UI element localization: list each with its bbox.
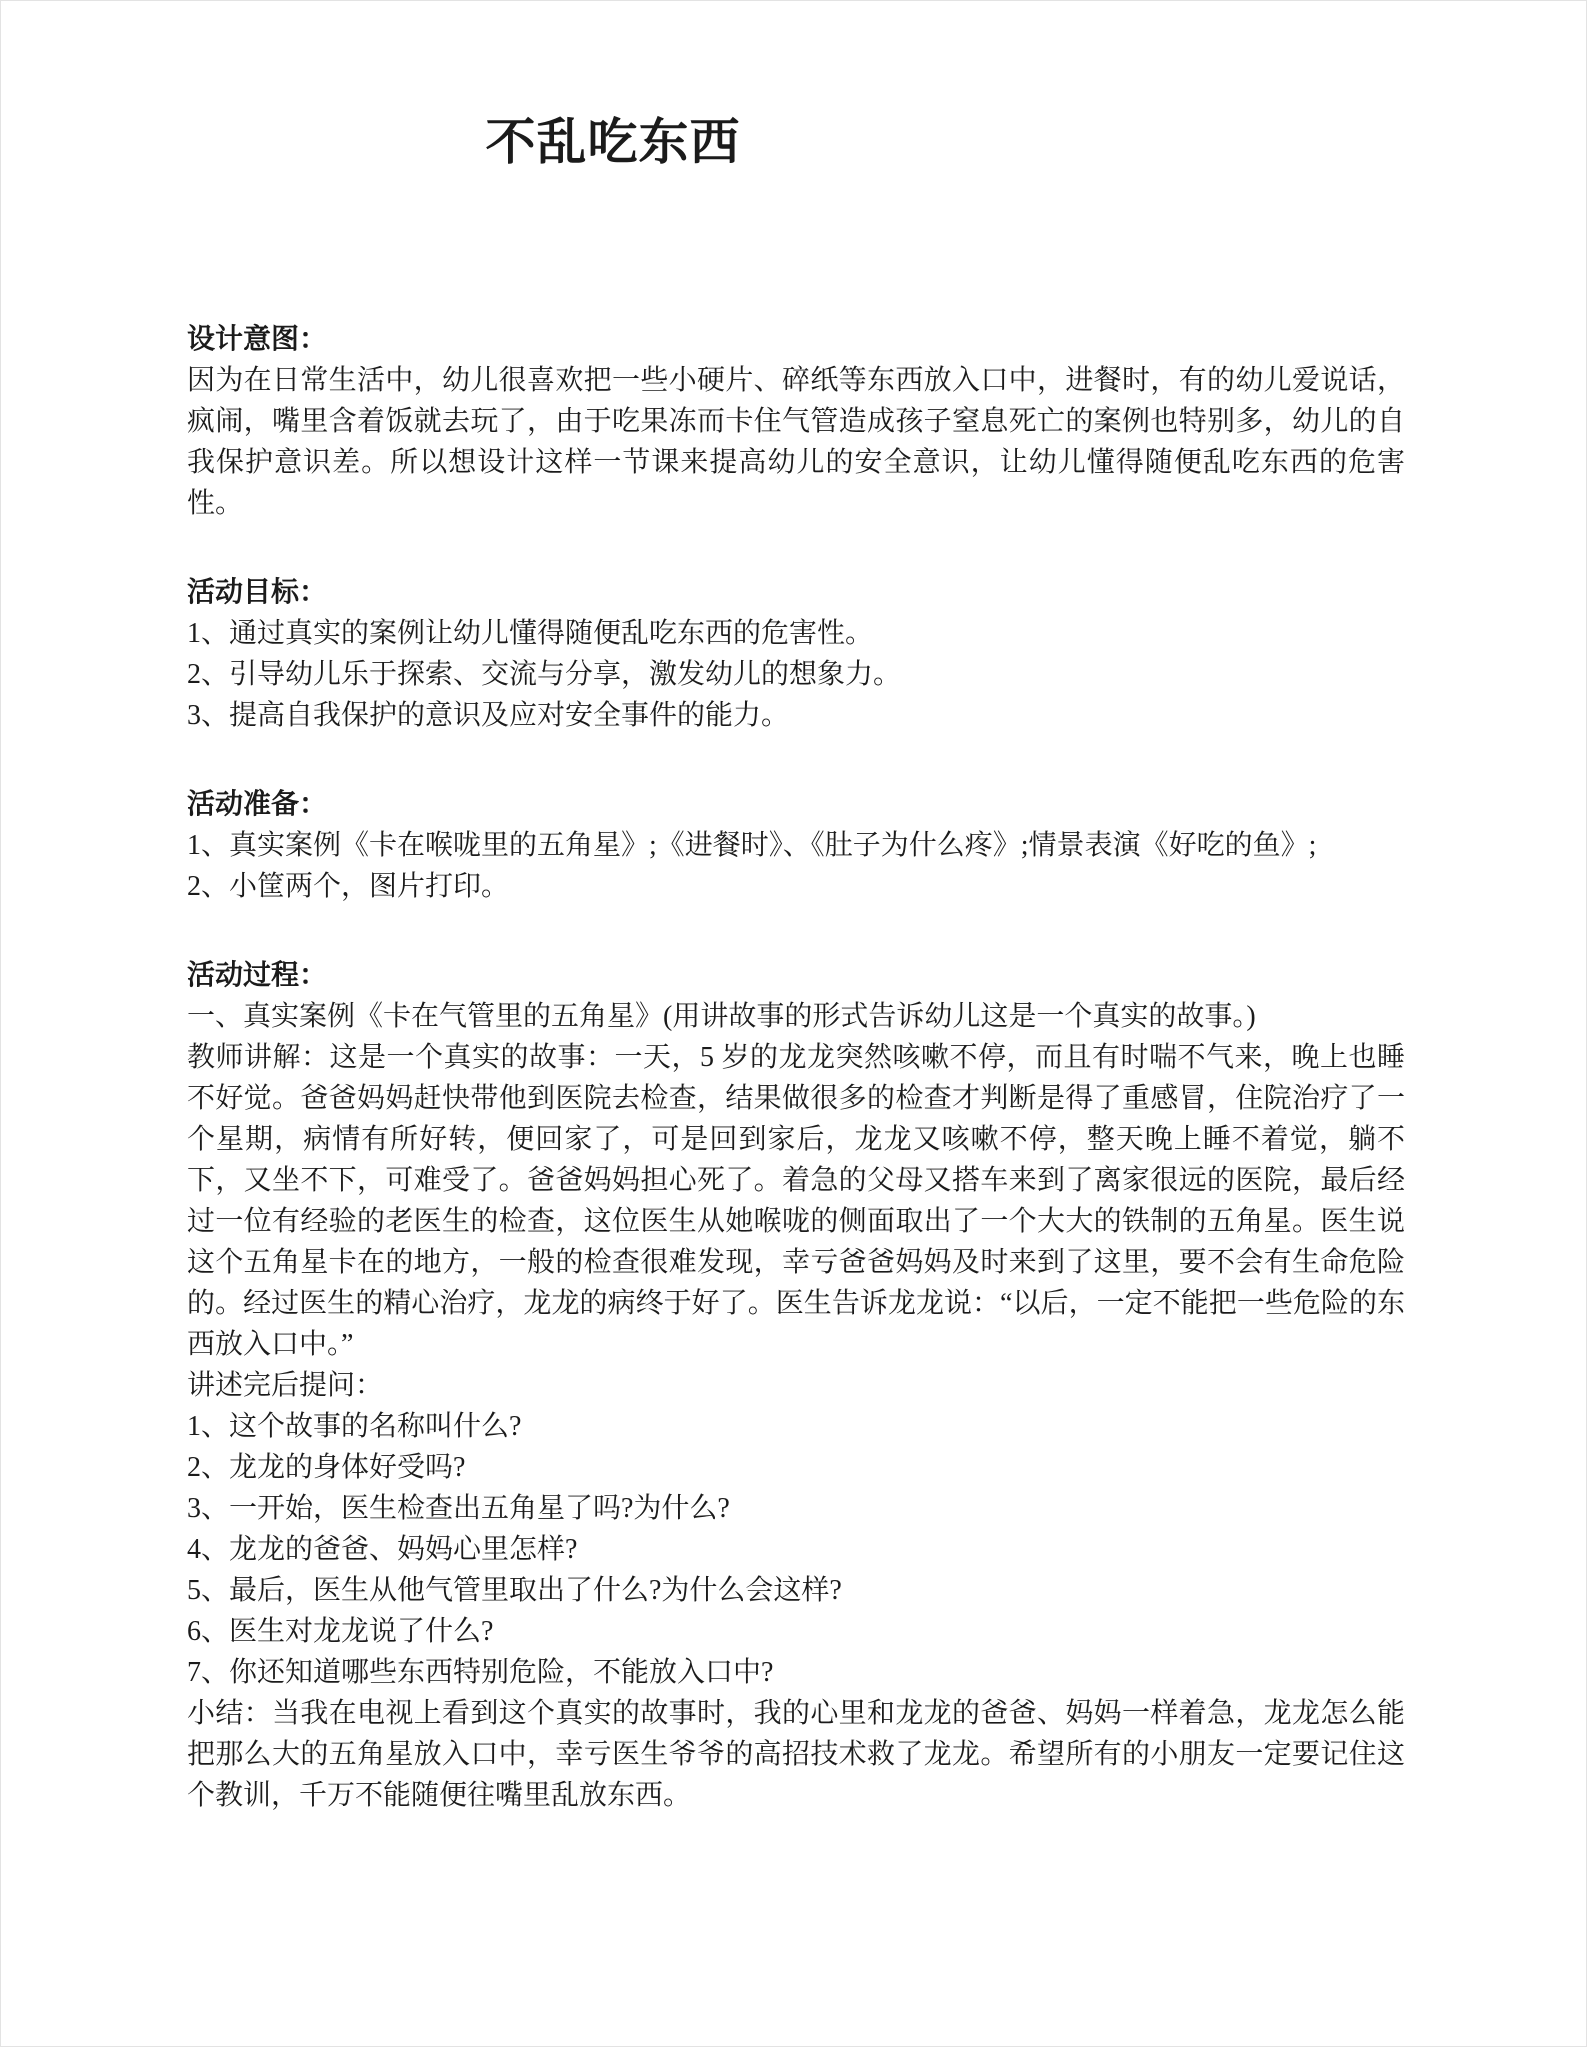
- goal-item-3: 3、提高自我保护的意识及应对安全事件的能力。: [187, 695, 1405, 736]
- process-heading: 活动过程：: [187, 955, 1405, 996]
- goals-heading: 活动目标：: [187, 572, 1405, 613]
- preparation-heading: 活动准备：: [187, 784, 1405, 825]
- summary-paragraph: 小结：当我在电视上看到这个真实的故事时，我的心里和龙龙的爸爸、妈妈一样着急，龙龙…: [187, 1693, 1405, 1816]
- goal-item-2: 2、引导幼儿乐于探索、交流与分享，激发幼儿的想象力。: [187, 654, 1405, 695]
- question-item-5: 5、最后，医生从他气管里取出了什么?为什么会这样?: [187, 1570, 1405, 1611]
- section-goals: 活动目标： 1、通过真实的案例让幼儿懂得随便乱吃东西的危害性。 2、引导幼儿乐于…: [187, 572, 1405, 736]
- question-item-7: 7、你还知道哪些东西特别危险，不能放入口中?: [187, 1652, 1405, 1693]
- preparation-item-1: 1、真实案例《卡在喉咙里的五角星》;《进餐时》、《肚子为什么疼》;情景表演《好吃…: [187, 825, 1405, 866]
- question-item-1: 1、这个故事的名称叫什么?: [187, 1406, 1405, 1447]
- document-page: 不乱吃东西 设计意图： 因为在日常生活中，幼儿很喜欢把一些小硬片、碎纸等东西放入…: [0, 0, 1587, 2047]
- design-intent-paragraph: 因为在日常生活中，幼儿很喜欢把一些小硬片、碎纸等东西放入口中，进餐时，有的幼儿爱…: [187, 360, 1405, 524]
- section-preparation: 活动准备： 1、真实案例《卡在喉咙里的五角星》;《进餐时》、《肚子为什么疼》;情…: [187, 784, 1405, 907]
- teacher-explanation-paragraph: 教师讲解：这是一个真实的故事：一天，5 岁的龙龙突然咳嗽不停，而且有时喘不气来，…: [187, 1037, 1405, 1365]
- section-design-intent: 设计意图： 因为在日常生活中，幼儿很喜欢把一些小硬片、碎纸等东西放入口中，进餐时…: [187, 319, 1405, 524]
- question-item-3: 3、一开始，医生检查出五角星了吗?为什么?: [187, 1488, 1405, 1529]
- design-intent-heading: 设计意图：: [187, 319, 1405, 360]
- preparation-item-2: 2、小筐两个，图片打印。: [187, 866, 1405, 907]
- question-item-4: 4、龙龙的爸爸、妈妈心里怎样?: [187, 1529, 1405, 1570]
- page-title: 不乱吃东西: [187, 113, 1039, 171]
- section-process: 活动过程： 一、真实案例《卡在气管里的五角星》(用讲故事的形式告诉幼儿这是一个真…: [187, 955, 1405, 1816]
- process-case-title: 一、真实案例《卡在气管里的五角星》(用讲故事的形式告诉幼儿这是一个真实的故事。): [187, 996, 1405, 1037]
- question-item-6: 6、医生对龙龙说了什么?: [187, 1611, 1405, 1652]
- question-item-2: 2、龙龙的身体好受吗?: [187, 1447, 1405, 1488]
- questions-intro: 讲述完后提问：: [187, 1365, 1405, 1406]
- goal-item-1: 1、通过真实的案例让幼儿懂得随便乱吃东西的危害性。: [187, 613, 1405, 654]
